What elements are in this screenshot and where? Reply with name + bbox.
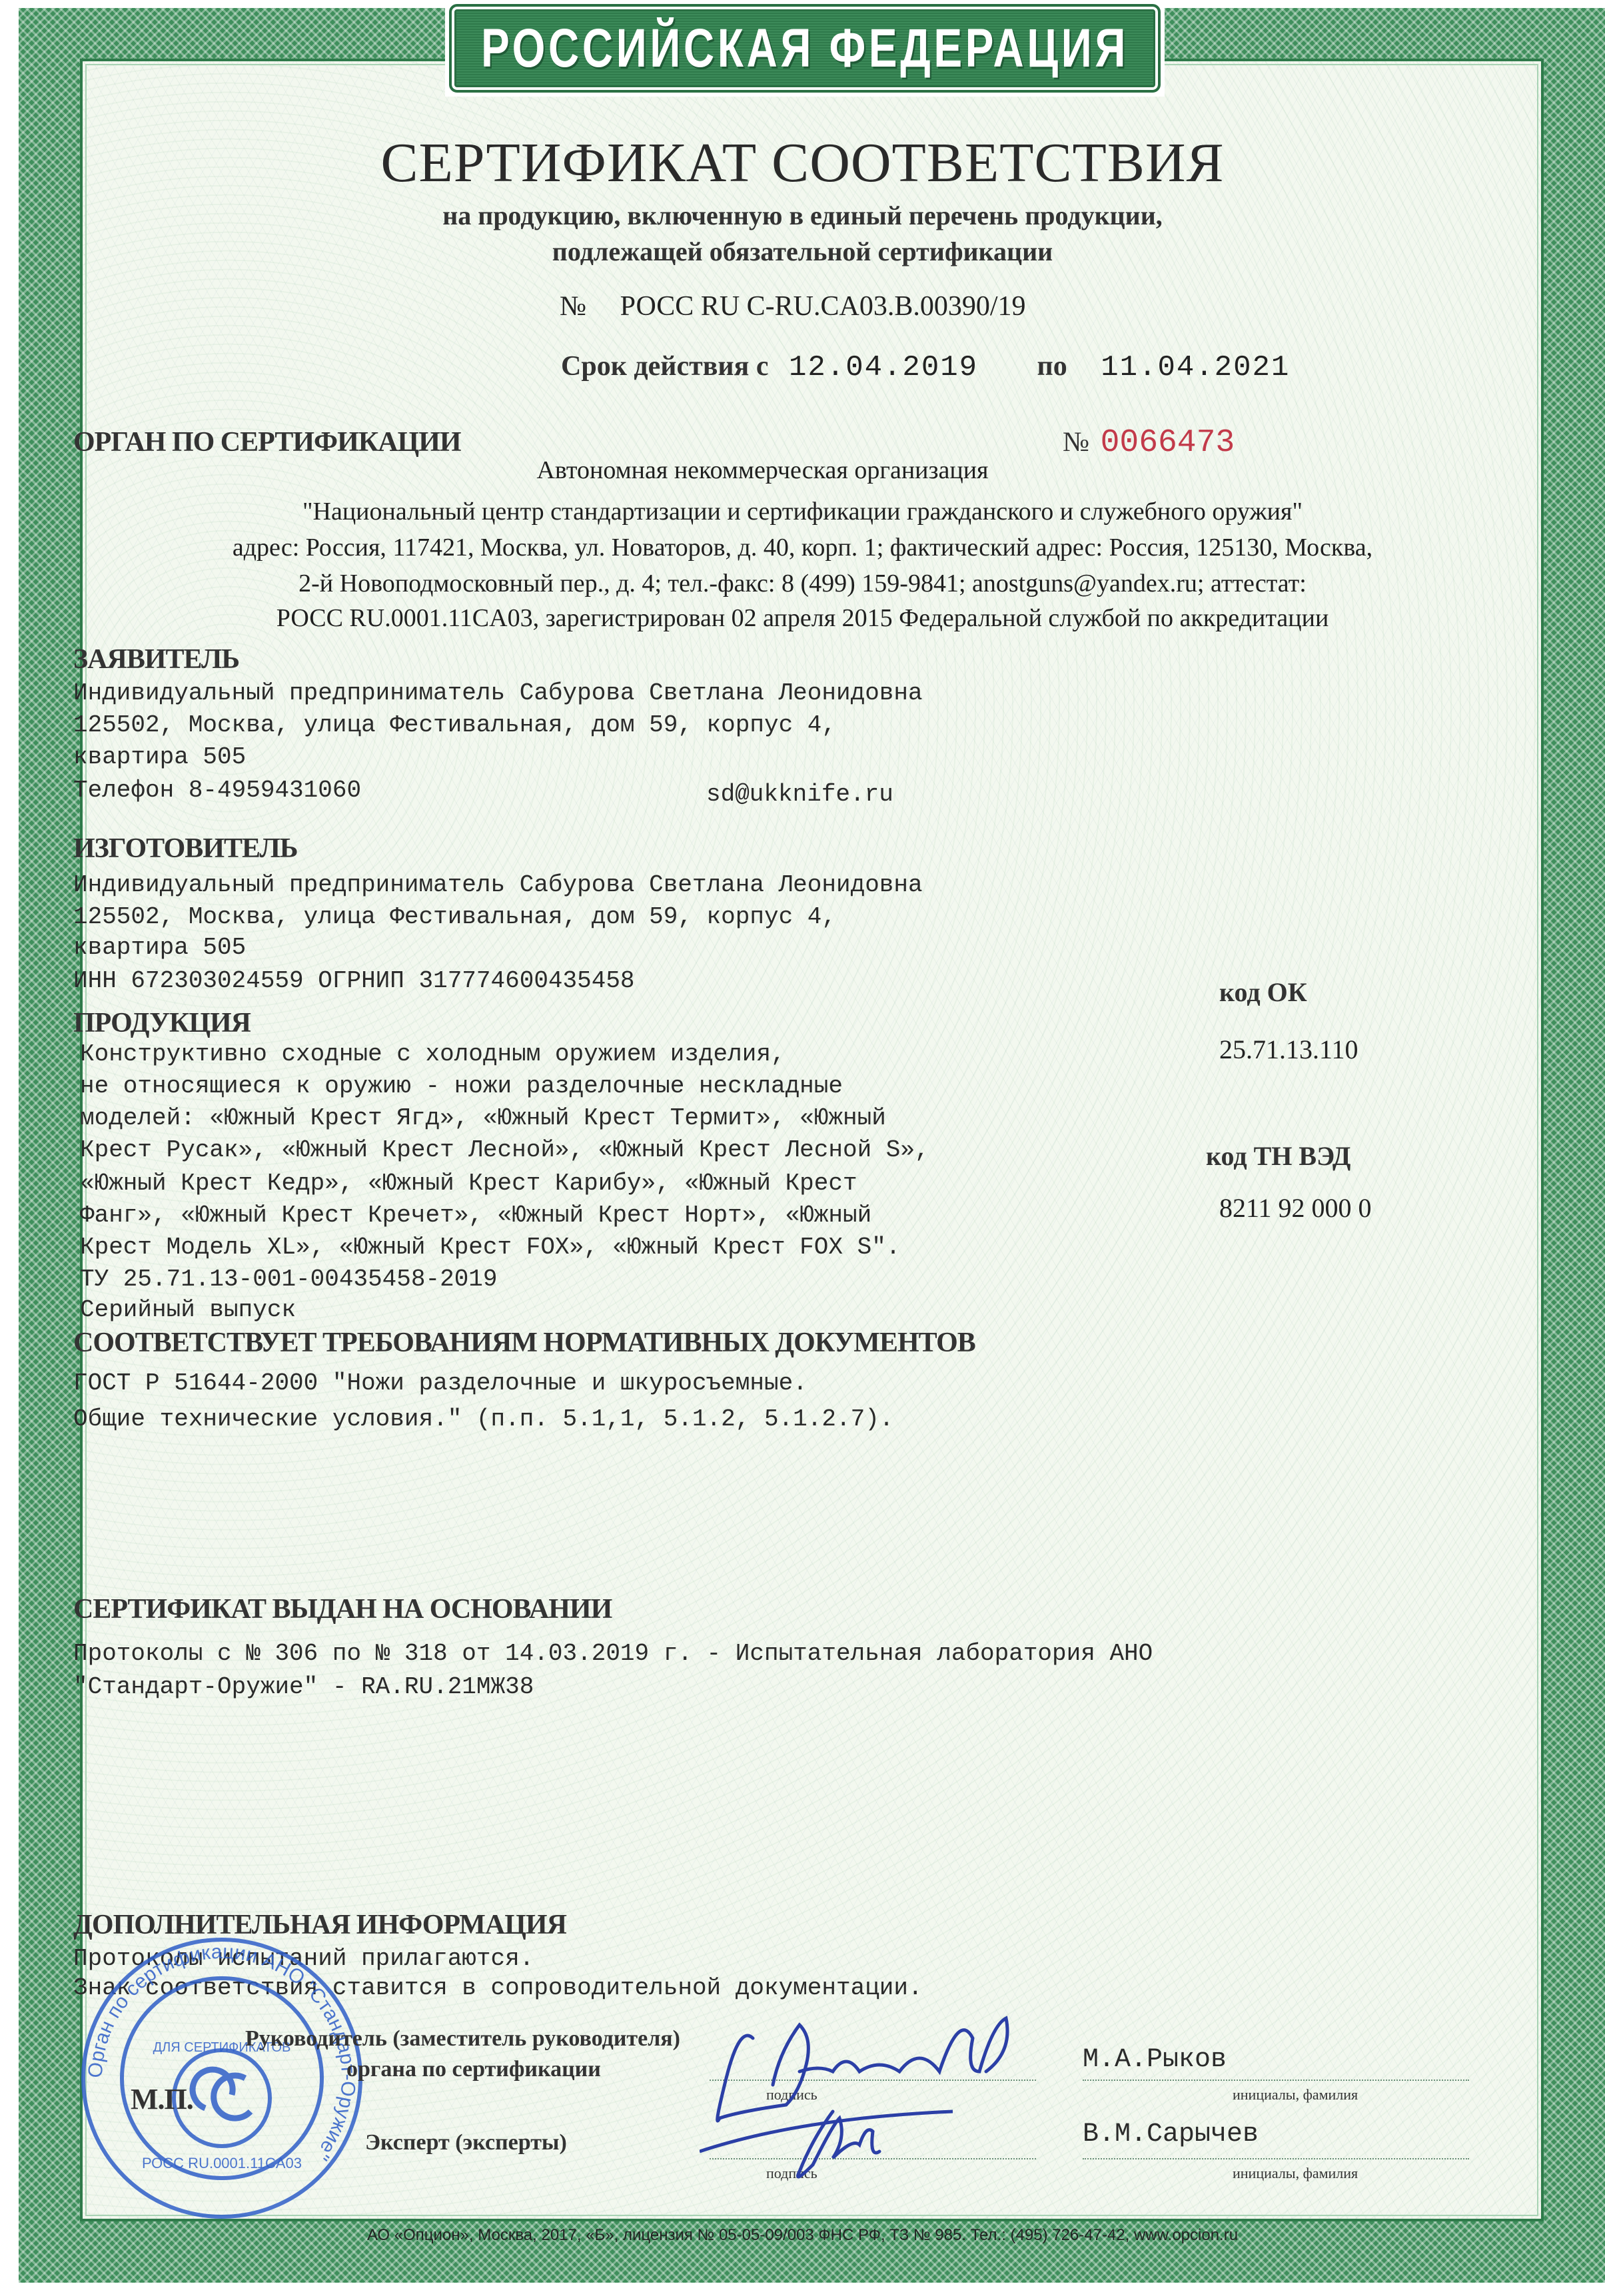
expert-name: В.М.Сарычев (1083, 2119, 1259, 2149)
applicant-line-3: квартира 505 (73, 743, 246, 771)
validity-period: Срок действия с 12.04.2019 по 11.04.2021 (561, 350, 1290, 384)
manufacturer-line-1: Индивидуальный предприниматель Сабурова … (73, 871, 923, 899)
expert-name-line (1083, 2158, 1469, 2159)
product-serial: Серийный выпуск (80, 1296, 296, 1324)
product-line-6: Фанг», «Южный Крест Кречет», «Южный Крес… (80, 1202, 871, 1229)
org-line-4: 2-й Новоподмосковный пер., д. 4; тел.-фа… (0, 569, 1605, 598)
basis-heading: СЕРТИФИКАТ ВЫДАН НА ОСНОВАНИИ (73, 1593, 612, 1625)
certificate-number-value: РОСС RU C-RU.CA03.B.00390/19 (620, 291, 1026, 322)
expert-label: Эксперт (эксперты) (365, 2130, 567, 2155)
product-line-4: Крест Русак», «Южный Крест Лесной», «Южн… (80, 1136, 929, 1164)
validity-label: Срок действия с (561, 351, 769, 382)
tnved-code-value: 8211 92 000 0 (1219, 1192, 1372, 1224)
head-name-line (1083, 2080, 1469, 2081)
applicant-line-2: 125502, Москва, улица Фестивальная, дом … (73, 711, 836, 739)
stamp-place-label: М.П. (131, 2082, 193, 2116)
expert-name-caption: инициалы, фамилия (1233, 2165, 1358, 2182)
subtitle-line-2: подлежащей обязательной сертификации (0, 236, 1605, 267)
expert-signature-icon (766, 2098, 899, 2198)
printer-footer: АО «Опцион», Москва, 2017, «Б», лицензия… (0, 2226, 1605, 2245)
valid-to-label: по (1037, 351, 1067, 382)
product-line-5: «Южный Крест Кедр», «Южный Крест Карибу»… (80, 1170, 857, 1197)
manufacturer-ids: ИНН 672303024559 ОГРНИП 317774600435458 (73, 967, 635, 994)
conformity-line-1: ГОСТ Р 51644-2000 "Ножи разделочные и шк… (73, 1369, 807, 1397)
head-name: М.А.Рыков (1083, 2045, 1227, 2075)
head-name-caption: инициалы, фамилия (1233, 2086, 1358, 2104)
product-line-3: моделей: «Южный Крест Ягд», «Южный Крест… (80, 1104, 886, 1132)
applicant-heading: ЗАЯВИТЕЛЬ (73, 643, 239, 675)
product-heading: ПРОДУКЦИЯ (73, 1007, 251, 1039)
stamp-inner-text: РОСС RU.0001.11CA03 (142, 2155, 302, 2171)
applicant-phone: Телефон 8-4959431060 (73, 777, 361, 804)
manufacturer-line-2: 125502, Москва, улица Фестивальная, дом … (73, 903, 836, 931)
conformity-heading: СООТВЕТСТВУЕТ ТРЕБОВАНИЯМ НОРМАТИВНЫХ ДО… (73, 1327, 975, 1359)
header-banner: РОССИЙСКАЯ ФЕДЕРАЦИЯ (445, 0, 1165, 97)
org-line-2: "Национальный центр стандартизации и сер… (0, 497, 1605, 526)
org-line-1: Автономная некоммерческая организация (0, 456, 1565, 485)
seal-stamp-icon: Орган по сертификации АНО "Стандарт-Оруж… (79, 1935, 365, 2221)
org-line-5: РОСС RU.0001.11CA03, зарегистрирован 02 … (0, 603, 1605, 633)
basis-line-2: "Стандарт-Оружие" - RA.RU.21МЖ38 (73, 1673, 534, 1701)
applicant-line-1: Индивидуальный предприниматель Сабурова … (73, 679, 923, 707)
valid-from: 12.04.2019 (789, 351, 978, 384)
head-label-line-2: органа по сертификации (346, 2057, 601, 2082)
conformity-line-2: Общие технические условия." (п.п. 5.1,1,… (73, 1405, 893, 1433)
certification-body-heading: ОРГАН ПО СЕРТИФИКАЦИИ (73, 426, 461, 458)
certificate-title: СЕРТИФИКАТ СООТВЕТСТВИЯ (0, 131, 1605, 195)
subtitle-line-1: на продукцию, включенную в единый перече… (0, 200, 1605, 231)
ok-code-label: код ОК (1219, 976, 1307, 1008)
basis-line-1: Протоколы с № 306 по № 318 от 14.03.2019… (73, 1640, 1153, 1667)
applicant-email: sd@ukknife.ru (706, 781, 893, 808)
tnved-code-label: код ТН ВЭД (1206, 1140, 1350, 1172)
manufacturer-heading: ИЗГОТОВИТЕЛЬ (73, 833, 298, 865)
product-line-1: Конструктивно сходные с холодным оружием… (80, 1040, 786, 1068)
product-line-7: Крест Модель XL», «Южный Крест FOX», «Юж… (80, 1234, 900, 1261)
product-line-2: не относящиеся к оружию - ножи разделочн… (80, 1072, 843, 1100)
head-label-line-1: Руководитель (заместитель руководителя) (245, 2026, 680, 2052)
valid-to: 11.04.2021 (1101, 351, 1290, 384)
manufacturer-line-3: квартира 505 (73, 934, 246, 961)
product-tu: ТУ 25.71.13-001-00435458-2019 (80, 1266, 498, 1293)
number-sign: № (560, 291, 586, 322)
blank-number-sign: № (1063, 427, 1089, 458)
certificate-number: № РОСС RU C-RU.CA03.B.00390/19 (560, 290, 1026, 322)
ok-code-value: 25.71.13.110 (1219, 1034, 1358, 1065)
banner-title: РОССИЙСКАЯ ФЕДЕРАЦИЯ (481, 17, 1129, 80)
org-line-3: адрес: Россия, 117421, Москва, ул. Новат… (0, 533, 1605, 562)
